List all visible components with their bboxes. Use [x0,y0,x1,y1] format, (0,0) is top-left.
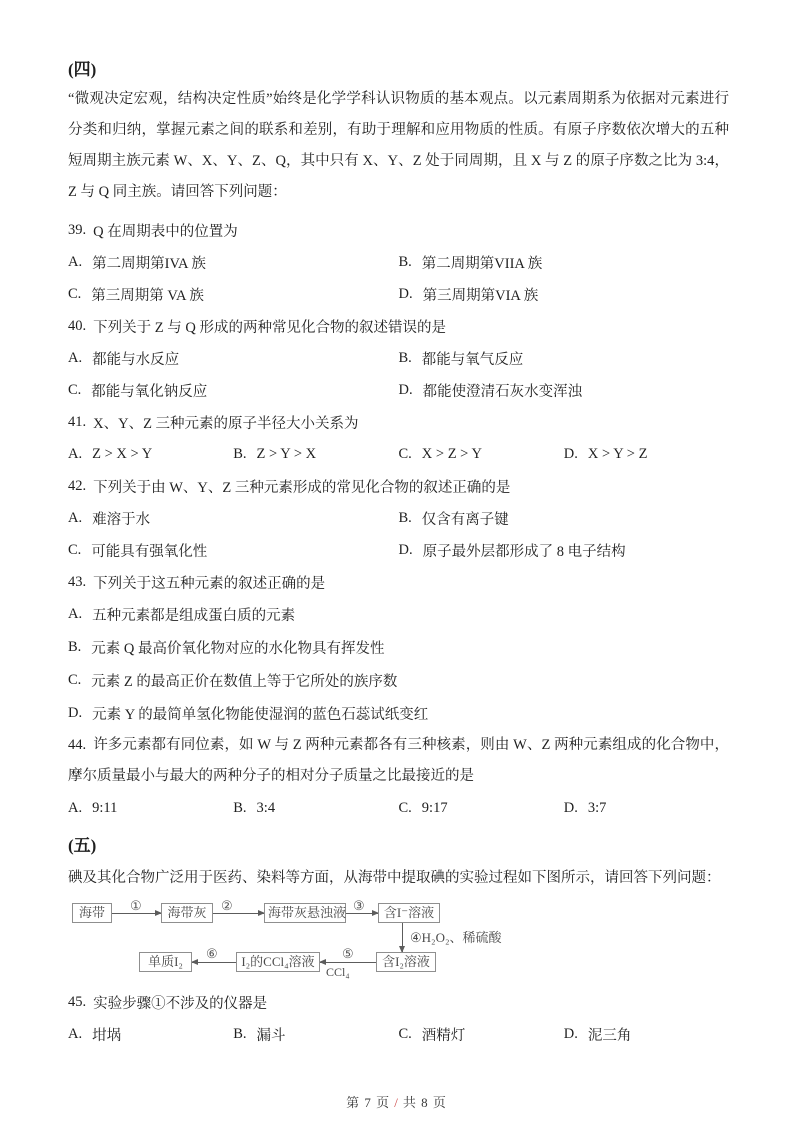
step5-circled-number: ⑤ [342,946,354,961]
footer-page-total: 共 8 页 [403,1095,447,1110]
arrow-step1 [112,913,161,914]
option-41-D: D.X > Y > Z [564,446,729,463]
option-text: X > Z > Y [422,446,482,463]
option-text: 都能使澄清石灰水变浑浊 [423,380,583,401]
question-44-options-row: A.9:11 B.3:4 C.9:17 D.3:7 [68,792,729,824]
option-text: 元素 Y 的最简单氢化物能使湿润的蓝色石蕊试纸变红 [92,703,428,724]
option-text: 9:17 [422,800,448,817]
option-43-A: A.五种元素都是组成蛋白质的元素 [68,598,729,631]
option-label: A. [68,800,82,817]
arrow-step4-down [402,923,403,952]
exam-page: (四) “微观决定宏观，结构决定性质”始终是化学学科认识物质的基本观点。以元素周… [0,0,793,1122]
option-label: B. [68,639,81,656]
option-label: A. [68,350,82,367]
option-text: 难溶于水 [92,508,150,529]
arrow-step6 [192,962,236,963]
question-41: 41. X、Y、Z 三种元素的原子半径大小关系为 A.Z > X > Y B.Z… [68,406,729,470]
option-42-B: B.仅含有离子键 [399,508,730,529]
diagram-box-iodide-solution: 含I⁻溶液 [378,903,440,923]
option-text: 坩埚 [92,1024,121,1045]
question-40: 40. 下列关于 Z 与 Q 形成的两种常见化合物的叙述错误的是 A.都能与水反… [68,310,729,406]
question-45: 45. 实验步骤①不涉及的仪器是 A.坩埚 B.漏斗 C.酒精灯 D.泥三角 [68,986,729,1050]
footer-page-current: 第 7 页 [346,1095,390,1110]
step5-reagent-label: CCl₄ [326,965,350,980]
option-45-B: B.漏斗 [233,1024,398,1045]
option-40-C: C.都能与氧化钠反应 [68,380,399,401]
question-42-stem: 42. 下列关于由 W、Y、Z 三种元素形成的常见化合物的叙述正确的是 [68,470,729,502]
option-label: A. [68,446,82,463]
option-label: B. [233,800,246,817]
diagram-box-solid-iodine: 单质I₂ [139,952,192,972]
option-40-A: A.都能与水反应 [68,348,399,369]
option-text: 9:11 [92,800,117,817]
step4-reagent-label: ④H₂O₂、稀硫酸 [410,927,502,946]
question-number: 43. [68,574,86,591]
question-43-stem: 43. 下列关于这五种元素的叙述正确的是 [68,566,729,598]
option-label: A. [68,510,82,527]
option-text: X > Y > Z [588,446,648,463]
question-42: 42. 下列关于由 W、Y、Z 三种元素形成的常见化合物的叙述正确的是 A.难溶… [68,470,729,566]
question-44-stem: 44.许多元素都有同位素，如 W 与 Z 两种元素都各有三种核素，则由 W、Z … [68,730,729,792]
arrow-step3 [346,913,378,914]
question-number: 39. [68,222,86,239]
option-text: 第二周期第VIIA 族 [422,252,542,273]
question-text: 下列关于这五种元素的叙述正确的是 [93,572,325,593]
option-45-D: D.泥三角 [564,1024,729,1045]
diagram-box-iodine-solution: 含I₂溶液 [376,952,436,972]
option-label: D. [399,382,413,399]
option-label: C. [68,286,81,303]
option-label: A. [68,606,82,623]
option-text: Z > X > Y [92,446,152,463]
option-39-C: C.第三周期第 VA 族 [68,284,399,305]
question-text: 实验步骤①不涉及的仪器是 [93,992,267,1013]
diagram-box-kelp: 海带 [72,903,112,923]
question-42-options-row-1: A.难溶于水 B.仅含有离子键 [68,502,729,534]
option-45-C: C.酒精灯 [399,1024,564,1045]
footer-slash: / [390,1095,403,1110]
question-text: 许多元素都有同位素，如 W 与 Z 两种元素都各有三种核素，则由 W、Z 两种元… [68,737,729,784]
option-label: C. [68,382,81,399]
option-text: Z > Y > X [257,446,317,463]
question-39: 39. Q 在周期表中的位置为 A.第二周期第IVA 族 B.第二周期第VIIA… [68,214,729,310]
question-number: 40. [68,318,86,335]
question-41-stem: 41. X、Y、Z 三种元素的原子半径大小关系为 [68,406,729,438]
section-5-heading: (五) [68,834,729,860]
option-label: C. [68,542,81,559]
question-number: 41. [68,414,86,431]
option-44-A: A.9:11 [68,800,233,817]
question-39-options-row-2: C.第三周期第 VA 族 D.第三周期第VIA 族 [68,278,729,310]
question-40-options-row-1: A.都能与水反应 B.都能与氧气反应 [68,342,729,374]
page-footer: 第 7 页/共 8 页 [0,1092,793,1111]
option-label: C. [399,800,412,817]
option-39-D: D.第三周期第VIA 族 [399,284,730,305]
question-number: 44. [68,737,86,753]
option-text: 3:7 [588,800,607,817]
option-43-D: D.元素 Y 的最简单氢化物能使湿润的蓝色石蕊试纸变红 [68,697,729,730]
option-42-D: D.原子最外层都形成了 8 电子结构 [399,540,730,561]
section-4-intro: “微观决定宏观，结构决定性质”始终是化学学科认识物质的基本观点。以元素周期系为依… [68,84,729,208]
option-label: C. [399,446,412,463]
step6-circled-number: ⑥ [206,946,218,961]
option-label: D. [564,800,578,817]
option-label: D. [564,1026,578,1043]
option-text: 都能与氧化钠反应 [91,380,207,401]
option-45-A: A.坩埚 [68,1024,233,1045]
option-43-C: C.元素 Z 的最高正价在数值上等于它所处的族序数 [68,664,729,697]
option-44-B: B.3:4 [233,800,398,817]
question-45-options-row: A.坩埚 B.漏斗 C.酒精灯 D.泥三角 [68,1018,729,1050]
option-text: 第二周期第IVA 族 [92,252,206,273]
option-label: B. [399,254,412,271]
arrow-step5 [320,962,376,963]
option-44-D: D.3:7 [564,800,729,817]
option-41-C: C.X > Z > Y [399,446,564,463]
option-text: 3:4 [257,800,276,817]
option-39-A: A.第二周期第IVA 族 [68,252,399,273]
option-label: B. [233,446,246,463]
option-label: B. [399,510,412,527]
option-label: C. [399,1026,412,1043]
option-text: 仅含有离子键 [422,508,509,529]
section-4-heading: (四) [68,58,729,84]
option-text: 可能具有强氧化性 [91,540,207,561]
diagram-box-kelp-ash: 海带灰 [161,903,213,923]
option-text: 第三周期第VIA 族 [423,284,539,305]
option-label: A. [68,1026,82,1043]
option-label: B. [399,350,412,367]
option-42-C: C.可能具有强氧化性 [68,540,399,561]
question-42-options-row-2: C.可能具有强氧化性 D.原子最外层都形成了 8 电子结构 [68,534,729,566]
question-number: 42. [68,478,86,495]
option-43-B: B.元素 Q 最高价氧化物对应的水化物具有挥发性 [68,631,729,664]
diagram-box-ash-suspension: 海带灰悬浊液 [264,903,346,923]
option-label: D. [564,446,578,463]
option-label: D. [399,542,413,559]
option-text: 酒精灯 [422,1024,466,1045]
option-label: B. [233,1026,246,1043]
arrow-step2 [213,913,264,914]
option-text: 原子最外层都形成了 8 电子结构 [423,540,626,561]
question-text: 下列关于由 W、Y、Z 三种元素形成的常见化合物的叙述正确的是 [93,476,510,497]
iodine-extraction-flow-diagram: 海带 ① 海带灰 ② 海带灰悬浊液 ③ 含I⁻溶液 ④H₂O₂、稀硫酸 含I₂溶… [68,898,733,980]
option-text: 泥三角 [588,1024,632,1045]
question-number: 45. [68,994,86,1011]
question-41-options-row: A.Z > X > Y B.Z > Y > X C.X > Z > Y D.X … [68,438,729,470]
option-text: 第三周期第 VA 族 [91,284,204,305]
question-text: X、Y、Z 三种元素的原子半径大小关系为 [93,412,358,433]
option-label: D. [399,286,413,303]
question-43: 43. 下列关于这五种元素的叙述正确的是 A.五种元素都是组成蛋白质的元素 B.… [68,566,729,730]
step1-circled-number: ① [130,898,142,913]
question-text: Q 在周期表中的位置为 [93,220,238,241]
option-text: 都能与氧气反应 [422,348,524,369]
option-39-B: B.第二周期第VIIA 族 [399,252,730,273]
question-45-stem: 45. 实验步骤①不涉及的仪器是 [68,986,729,1018]
option-text: 五种元素都是组成蛋白质的元素 [92,604,295,625]
option-label: D. [68,705,82,722]
section-5-intro: 碘及其化合物广泛用于医药、染料等方面，从海带中提取碘的实验过程如下图所示，请回答… [68,862,729,894]
diagram-box-i2-ccl4-solution: I₂的CCl₄溶液 [236,952,320,972]
option-41-A: A.Z > X > Y [68,446,233,463]
option-label: C. [68,672,81,689]
step2-circled-number: ② [221,898,233,913]
option-text: 元素 Q 最高价氧化物对应的水化物具有挥发性 [91,637,384,658]
question-39-stem: 39. Q 在周期表中的位置为 [68,214,729,246]
option-label: A. [68,254,82,271]
option-40-D: D.都能使澄清石灰水变浑浊 [399,380,730,401]
option-text: 都能与水反应 [92,348,179,369]
option-41-B: B.Z > Y > X [233,446,398,463]
question-40-options-row-2: C.都能与氧化钠反应 D.都能使澄清石灰水变浑浊 [68,374,729,406]
option-40-B: B.都能与氧气反应 [399,348,730,369]
option-42-A: A.难溶于水 [68,508,399,529]
option-text: 元素 Z 的最高正价在数值上等于它所处的族序数 [91,670,397,691]
option-text: 漏斗 [257,1024,286,1045]
question-39-options-row-1: A.第二周期第IVA 族 B.第二周期第VIIA 族 [68,246,729,278]
question-40-stem: 40. 下列关于 Z 与 Q 形成的两种常见化合物的叙述错误的是 [68,310,729,342]
option-44-C: C.9:17 [399,800,564,817]
question-44: 44.许多元素都有同位素，如 W 与 Z 两种元素都各有三种核素，则由 W、Z … [68,730,729,824]
question-text: 下列关于 Z 与 Q 形成的两种常见化合物的叙述错误的是 [93,316,446,337]
step3-circled-number: ③ [353,898,365,913]
